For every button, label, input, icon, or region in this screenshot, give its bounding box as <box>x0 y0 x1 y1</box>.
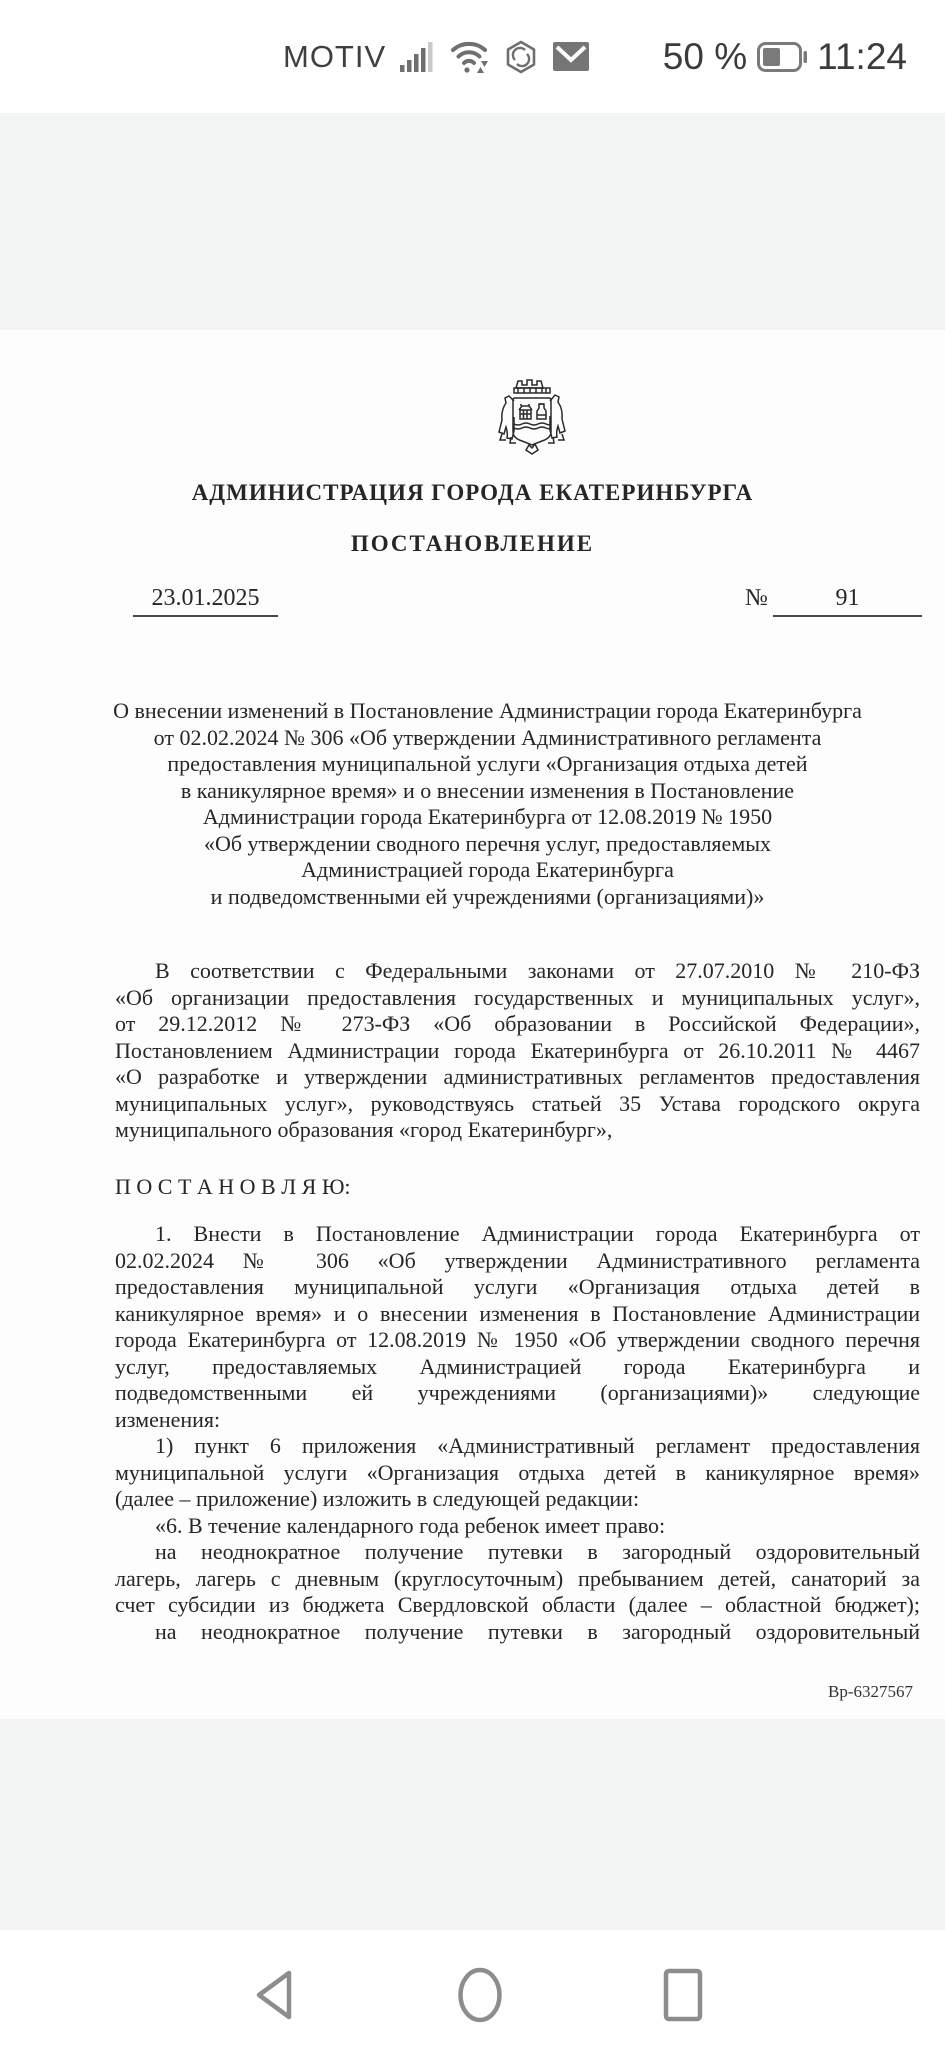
title-line: от 02.02.2024 № 306 «Об утверждении Адми… <box>75 725 900 752</box>
body-line: лагерь, лагерь с дневным (круглосуточным… <box>115 1566 920 1593</box>
body-line: «О разработке и утверждении администрати… <box>115 1064 920 1091</box>
viewer-background-bottom <box>0 1719 945 1930</box>
date-number-row: 23.01.2025 № 91 <box>0 585 945 619</box>
home-button[interactable] <box>452 1966 508 2024</box>
body-line: муниципального образования «город Екатер… <box>115 1117 920 1144</box>
battery-percent-label: 50 % <box>663 36 747 78</box>
clock-label: 11:24 <box>817 36 907 78</box>
android-nav-bar <box>0 1930 945 2048</box>
body-line: (далее – приложение) изложить в следующе… <box>115 1486 920 1513</box>
body-line: муниципальной услуги «Организация отдыха… <box>115 1460 920 1487</box>
body-line: изменения: <box>115 1407 920 1434</box>
recents-square-icon <box>661 1968 705 2022</box>
wifi-data-arrows <box>477 67 484 73</box>
paragraph: П О С Т А Н О В Л Я Ю: <box>115 1174 920 1201</box>
doc-body: В соответствии с Федеральными законами о… <box>115 958 920 1645</box>
battery-icon <box>757 42 807 72</box>
doc-footer-code: Вр-6327567 <box>828 1682 913 1702</box>
body-line: 1. Внести в Постановление Администрации … <box>115 1221 920 1248</box>
hexagon-app-icon <box>504 40 538 74</box>
recents-button[interactable] <box>655 1966 711 2024</box>
paragraph: на неоднократное получение путевки в заг… <box>115 1619 920 1646</box>
back-button[interactable] <box>246 1966 302 2024</box>
title-line: О внесении изменений в Постановление Адм… <box>75 698 900 725</box>
paragraph: 1) пункт 6 приложения «Административный … <box>115 1433 920 1513</box>
status-bar: MOTIV <box>0 0 945 113</box>
body-line: предоставления муниципальной услуги «Орг… <box>115 1274 920 1301</box>
body-line: каникулярное время» и о внесении изменен… <box>115 1301 920 1328</box>
title-line: Администрацией города Екатеринбурга <box>75 857 900 884</box>
carrier-label: MOTIV <box>283 39 386 75</box>
doc-number-sign: № <box>745 585 768 612</box>
wifi-icon <box>450 39 490 75</box>
org-name: АДМИНИСТРАЦИЯ ГОРОДА ЕКАТЕРИНБУРГА <box>0 480 945 506</box>
body-line: муниципальных услуг», руководствуясь ста… <box>115 1091 920 1118</box>
title-line: «Об утверждении сводного перечня услуг, … <box>75 831 900 858</box>
status-right-cluster: 50 % 11:24 <box>663 0 907 113</box>
body-line: «6. В течение календарного года ребенок … <box>115 1513 920 1540</box>
paragraph: на неоднократное получение путевки в заг… <box>115 1539 920 1619</box>
title-line: предоставления муниципальной услуги «Орг… <box>75 751 900 778</box>
body-line: «Об организации предоставления государст… <box>115 985 920 1012</box>
doc-date: 23.01.2025 <box>133 585 278 617</box>
body-line: счет субсидии из бюджета Свердловской об… <box>115 1592 920 1619</box>
body-line: подведомственными ей учреждениями (орган… <box>115 1380 920 1407</box>
home-circle-icon <box>455 1967 505 2023</box>
paragraph: «6. В течение календарного года ребенок … <box>115 1513 920 1540</box>
document-page[interactable]: АДМИНИСТРАЦИЯ ГОРОДА ЕКАТЕРИНБУРГА ПОСТА… <box>0 330 945 1719</box>
body-line: услуг, предоставляемых Администрацией го… <box>115 1354 920 1381</box>
mail-notification-icon <box>552 41 590 72</box>
title-line: и подведомственными ей учреждениями (орг… <box>75 884 900 911</box>
body-line: В соответствии с Федеральными законами о… <box>115 958 920 985</box>
yekaterinburg-coat-of-arms <box>484 374 580 458</box>
body-line: 1) пункт 6 приложения «Административный … <box>115 1433 920 1460</box>
viewer-background-top <box>0 113 945 330</box>
paragraph: В соответствии с Федеральными законами о… <box>115 958 920 1144</box>
back-triangle-icon <box>251 1968 297 2022</box>
doc-number: 91 <box>773 585 922 617</box>
body-line: Постановлением Администрации города Екат… <box>115 1038 920 1065</box>
paragraph: 1. Внести в Постановление Администрации … <box>115 1221 920 1433</box>
body-line: от 29.12.2012 № 273-ФЗ «Об образовании в… <box>115 1011 920 1038</box>
body-line: П О С Т А Н О В Л Я Ю: <box>115 1174 920 1201</box>
title-line: в каникулярное время» и о внесении измен… <box>75 778 900 805</box>
signal-strength-icon <box>400 41 436 73</box>
title-line: Администрации города Екатеринбурга от 12… <box>75 804 900 831</box>
doc-type-title: ПОСТАНОВЛЕНИЕ <box>0 531 945 557</box>
status-left-cluster: MOTIV <box>283 0 590 113</box>
doc-title-block: О внесении изменений в Постановление Адм… <box>75 698 900 910</box>
body-line: города Екатеринбурга от 12.08.2019 № 195… <box>115 1327 920 1354</box>
body-line: на неоднократное получение путевки в заг… <box>115 1539 920 1566</box>
phone-screen: MOTIV <box>0 0 945 2048</box>
body-line: 02.02.2024 № 306 «Об утверждении Админис… <box>115 1248 920 1275</box>
body-line: на неоднократное получение путевки в заг… <box>115 1619 920 1646</box>
